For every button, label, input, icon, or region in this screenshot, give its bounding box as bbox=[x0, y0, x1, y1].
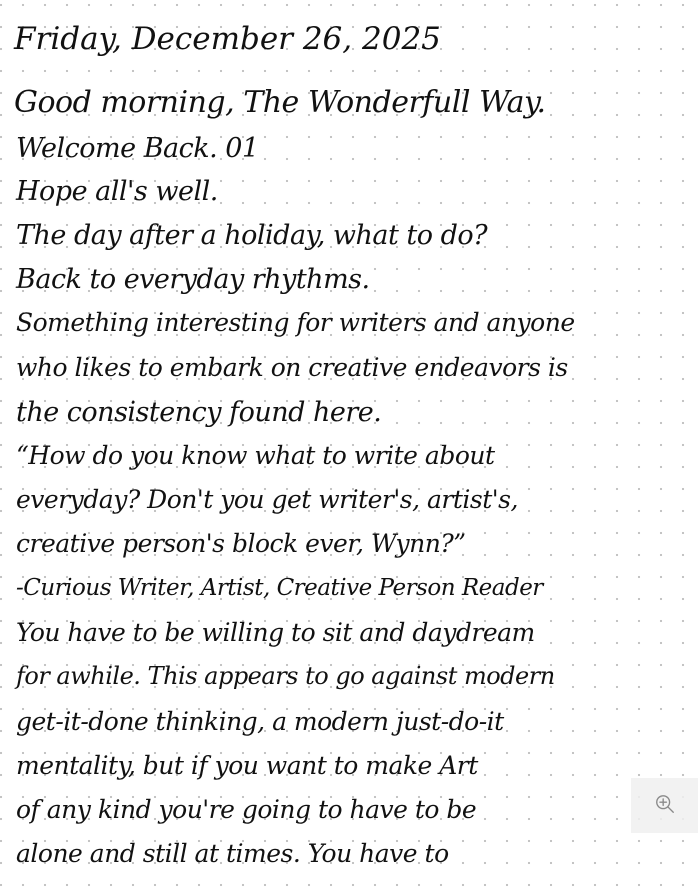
handwritten-line: You have to be willing to sit and daydre… bbox=[16, 620, 535, 645]
handwritten-line: Something interesting for writers and an… bbox=[16, 310, 575, 335]
handwritten-line: Welcome Back. 01 bbox=[16, 135, 259, 162]
zoom-in-icon bbox=[654, 793, 676, 819]
handwritten-line: the consistency found here. bbox=[16, 399, 381, 426]
handwritten-line: for awhile. This appears to go against m… bbox=[16, 664, 555, 688]
handwritten-line: who likes to embark on creative endeavor… bbox=[16, 355, 568, 380]
handwritten-line: mentality, but if you want to make Art bbox=[16, 753, 478, 778]
handwritten-line: -Curious Writer, Artist, Creative Person… bbox=[16, 577, 543, 600]
handwritten-line: get-it-done thinking, a modern just-do-i… bbox=[16, 709, 504, 734]
handwritten-line: Good morning, The Wonderfull Way. bbox=[14, 88, 546, 118]
handwritten-line: Back to everyday rhythms. bbox=[16, 266, 370, 293]
handwritten-line: The day after a holiday, what to do? bbox=[16, 222, 487, 249]
journal-page: Friday, December 26, 2025 Good morning, … bbox=[0, 0, 698, 888]
handwritten-line: alone and still at times. You have to bbox=[16, 841, 449, 866]
date-heading: Friday, December 26, 2025 bbox=[14, 24, 441, 55]
handwritten-line: everyday? Don't you get writer's, artist… bbox=[16, 487, 518, 512]
handwritten-line: Hope all's well. bbox=[16, 178, 218, 205]
handwritten-line: creative person's block ever, Wynn?” bbox=[16, 531, 466, 556]
handwritten-line: “How do you know what to write about bbox=[16, 443, 495, 468]
handwritten-line: of any kind you're going to have to be bbox=[16, 797, 476, 822]
zoom-in-button[interactable] bbox=[631, 778, 698, 833]
